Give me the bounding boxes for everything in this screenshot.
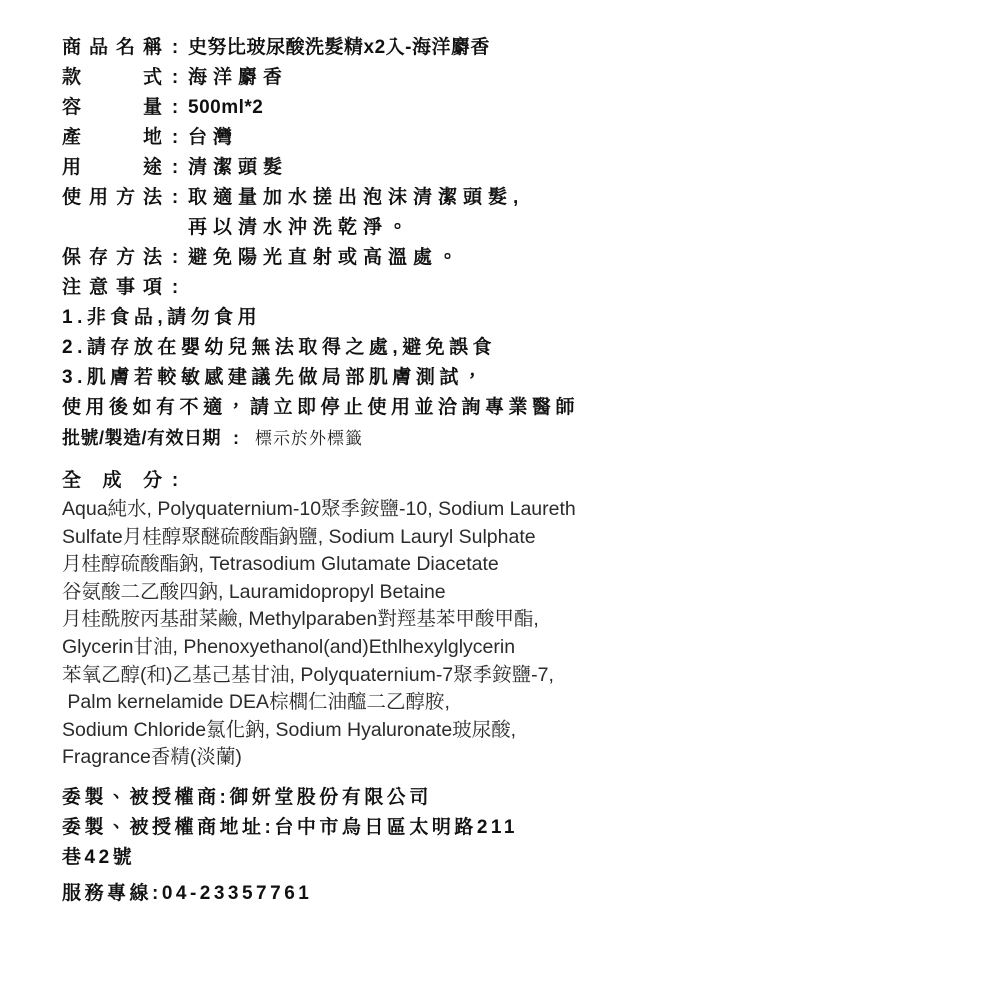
- spec-colon: :: [162, 243, 188, 273]
- manufacturer-address-line: 委製、被授權商地址:台中市烏日區太明路211 巷42號: [62, 813, 960, 873]
- spec-colon: :: [162, 93, 188, 123]
- batch-date-row: 批號/製造/有效日期 : 標示於外標籤: [62, 423, 960, 454]
- spec-row-usage-method: 使用方法 : 取適量加水搓出泡沫清潔頭髮, 再以清水沖洗乾淨。: [62, 183, 960, 243]
- ingredients-heading: 全成分 :: [62, 466, 960, 496]
- contact-section: 委製、被授權商:御妍堂股份有限公司 委製、被授權商地址:台中市烏日區太明路211…: [62, 782, 960, 909]
- caution-note-3: 3.肌膚若較敏感建議先做局部肌膚測試，: [62, 363, 960, 393]
- spec-label-origin: 產地: [62, 123, 162, 153]
- spec-label-product-name: 商品名稱: [62, 33, 162, 63]
- spec-row-product-name: 商品名稱 : 史努比玻尿酸洗髮精x2入-海洋麝香: [62, 33, 960, 63]
- spec-colon: :: [162, 183, 188, 213]
- spec-value-product-name: 史努比玻尿酸洗髮精x2入-海洋麝香: [188, 33, 490, 63]
- spec-label-style: 款式: [62, 63, 162, 93]
- spec-colon: :: [162, 153, 188, 183]
- spec-row-style: 款式 : 海洋麝香: [62, 63, 960, 93]
- spec-row-origin: 產地 : 台灣: [62, 123, 960, 153]
- manufacturer-line: 委製、被授權商:御妍堂股份有限公司: [62, 782, 960, 813]
- ingredients-label: 全成分: [62, 466, 162, 496]
- spec-value-capacity: 500ml*2: [188, 93, 263, 123]
- spec-colon: :: [162, 273, 188, 303]
- spec-value-storage-method: 避免陽光直射或高溫處。: [188, 243, 463, 273]
- spec-value-origin: 台灣: [188, 123, 238, 153]
- ingredients-colon: :: [162, 466, 188, 496]
- service-hotline-line: 服務專線:04-23357761: [62, 878, 960, 909]
- caution-note-2: 2.請存放在嬰幼兒無法取得之處,避免誤食: [62, 333, 960, 363]
- caution-notes: 1.非食品,請勿食用 2.請存放在嬰幼兒無法取得之處,避免誤食 3.肌膚若較敏感…: [62, 303, 960, 423]
- batch-date-value: 標示於外標籤: [255, 424, 363, 454]
- ingredients-list: Aqua純水, Polyquaternium-10聚季銨鹽-10, Sodium…: [62, 496, 960, 772]
- spec-value-style: 海洋麝香: [188, 63, 288, 93]
- spec-label-usage-method: 使用方法: [62, 183, 162, 213]
- spec-row-purpose: 用途 : 清潔頭髮: [62, 153, 960, 183]
- product-info-page: 商品名稱 : 史努比玻尿酸洗髮精x2入-海洋麝香 款式 : 海洋麝香 容量 : …: [0, 0, 1000, 1000]
- spec-colon: :: [162, 63, 188, 93]
- spec-row-cautions-heading: 注意事項 :: [62, 273, 960, 303]
- spec-value-usage-method: 取適量加水搓出泡沫清潔頭髮, 再以清水沖洗乾淨。: [188, 183, 524, 243]
- caution-note-3-continued: 使用後如有不適，請立即停止使用並洽詢專業醫師: [62, 393, 960, 423]
- spec-colon: :: [162, 33, 188, 63]
- spec-label-storage-method: 保存方法: [62, 243, 162, 273]
- spec-label-cautions: 注意事項: [62, 273, 162, 303]
- caution-note-1: 1.非食品,請勿食用: [62, 303, 960, 333]
- spec-value-purpose: 清潔頭髮: [188, 153, 288, 183]
- spec-row-capacity: 容量 : 500ml*2: [62, 93, 960, 123]
- batch-date-label: 批號/製造/有效日期: [62, 423, 221, 453]
- spec-label-capacity: 容量: [62, 93, 162, 123]
- spec-row-storage-method: 保存方法 : 避免陽光直射或高溫處。: [62, 243, 960, 273]
- spec-label-purpose: 用途: [62, 153, 162, 183]
- spec-colon: :: [162, 123, 188, 153]
- batch-colon: :: [233, 423, 239, 453]
